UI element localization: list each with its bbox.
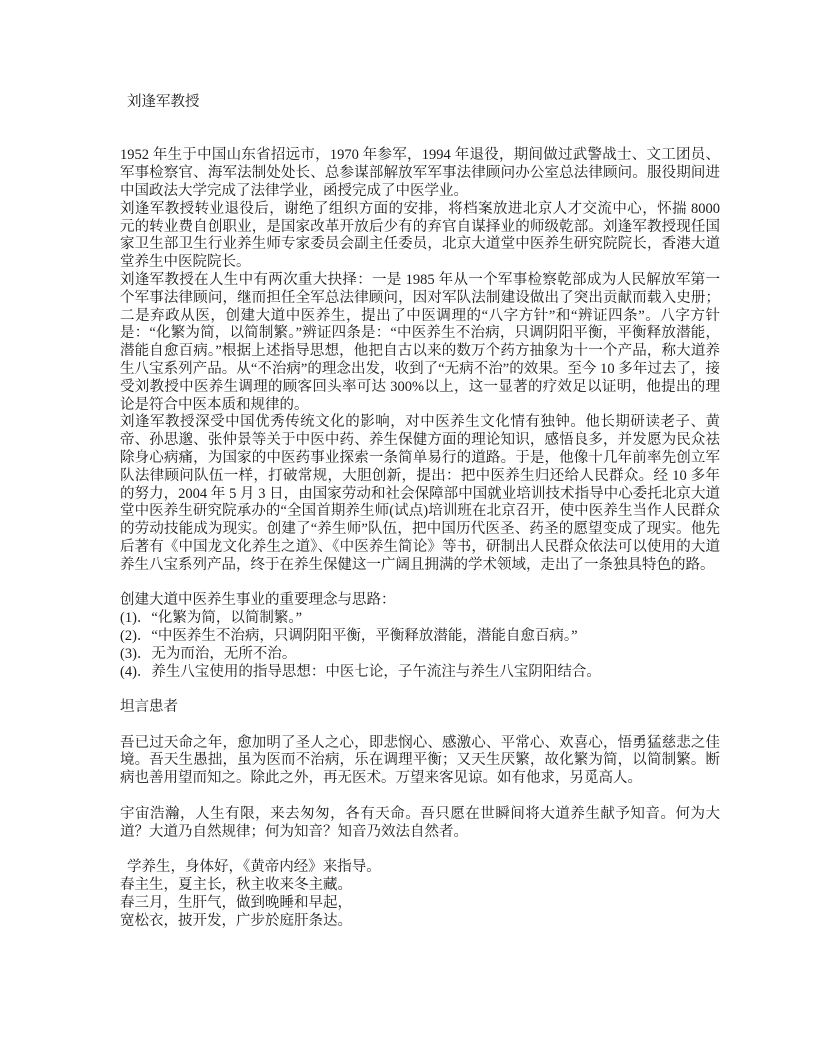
principles-item-1: (1)．“化繁为简，以简制繁。” [120, 610, 720, 628]
bio-paragraph-1: 1952 年生于中国山东省招远市，1970 年参军，1994 年退役，期间做过武… [120, 147, 720, 200]
verse-line-1: 学养生，身体好，《黄帝内经》来指导。 [120, 859, 720, 877]
principles-heading: 创建大道中医养生事业的重要理念与思路： [120, 592, 720, 610]
bio-paragraph-2: 刘逢军教授转业退役后，谢绝了组织方面的安排，将档案放进北京人才交流中心，怀揣 8… [120, 201, 720, 272]
verse-block: 学养生，身体好，《黄帝内经》来指导。 春主生，夏主长，秋主收来冬主藏。 春三月，… [120, 859, 720, 930]
bio-paragraph-4: 刘逢军教授深受中国优秀传统文化的影响，对中医养生文化情有独钟。他长期研读老子、黄… [120, 414, 720, 574]
statement-heading: 坦言患者 [120, 699, 720, 717]
bio-paragraph-3: 刘逢军教授在人生中有两次重大抉择：一是 1985 年从一个军事检察乾部成为人民解… [120, 272, 720, 414]
statement-paragraph-2: 宇宙浩瀚，人生有限，来去匆匆，各有天命。吾只愿在世瞬间将大道养生献予知音。何为大… [120, 806, 720, 842]
principles-item-3: (3)．无为而治，无所不治。 [120, 646, 720, 664]
statement-paragraph-1: 吾已过天命之年，愈加明了圣人之心，即悲悯心、感激心、平常心、欢喜心，悟勇猛慈悲之… [120, 735, 720, 788]
principles-list: (1)．“化繁为简，以简制繁。” (2)．“中医养生不治病，只调阴阳平衡，平衡释… [120, 610, 720, 681]
document-page: 刘逢军教授 1952 年生于中国山东省招远市，1970 年参军，1994 年退役… [0, 0, 816, 1056]
verse-line-3: 春三月，生肝气，做到晚睡和早起， [120, 895, 720, 913]
principles-item-2: (2)．“中医养生不治病，只调阴阳平衡，平衡释放潜能，潜能自愈百病。” [120, 628, 720, 646]
document-title: 刘逢军教授 [120, 94, 720, 112]
verse-line-2: 春主生，夏主长，秋主收来冬主藏。 [120, 877, 720, 895]
principles-item-4: (4)．养生八宝使用的指导思想：中医七论，子午流注与养生八宝阴阳结合。 [120, 664, 720, 682]
verse-line-4: 宽松衣，披开发，广步於庭肝条达。 [120, 913, 720, 931]
